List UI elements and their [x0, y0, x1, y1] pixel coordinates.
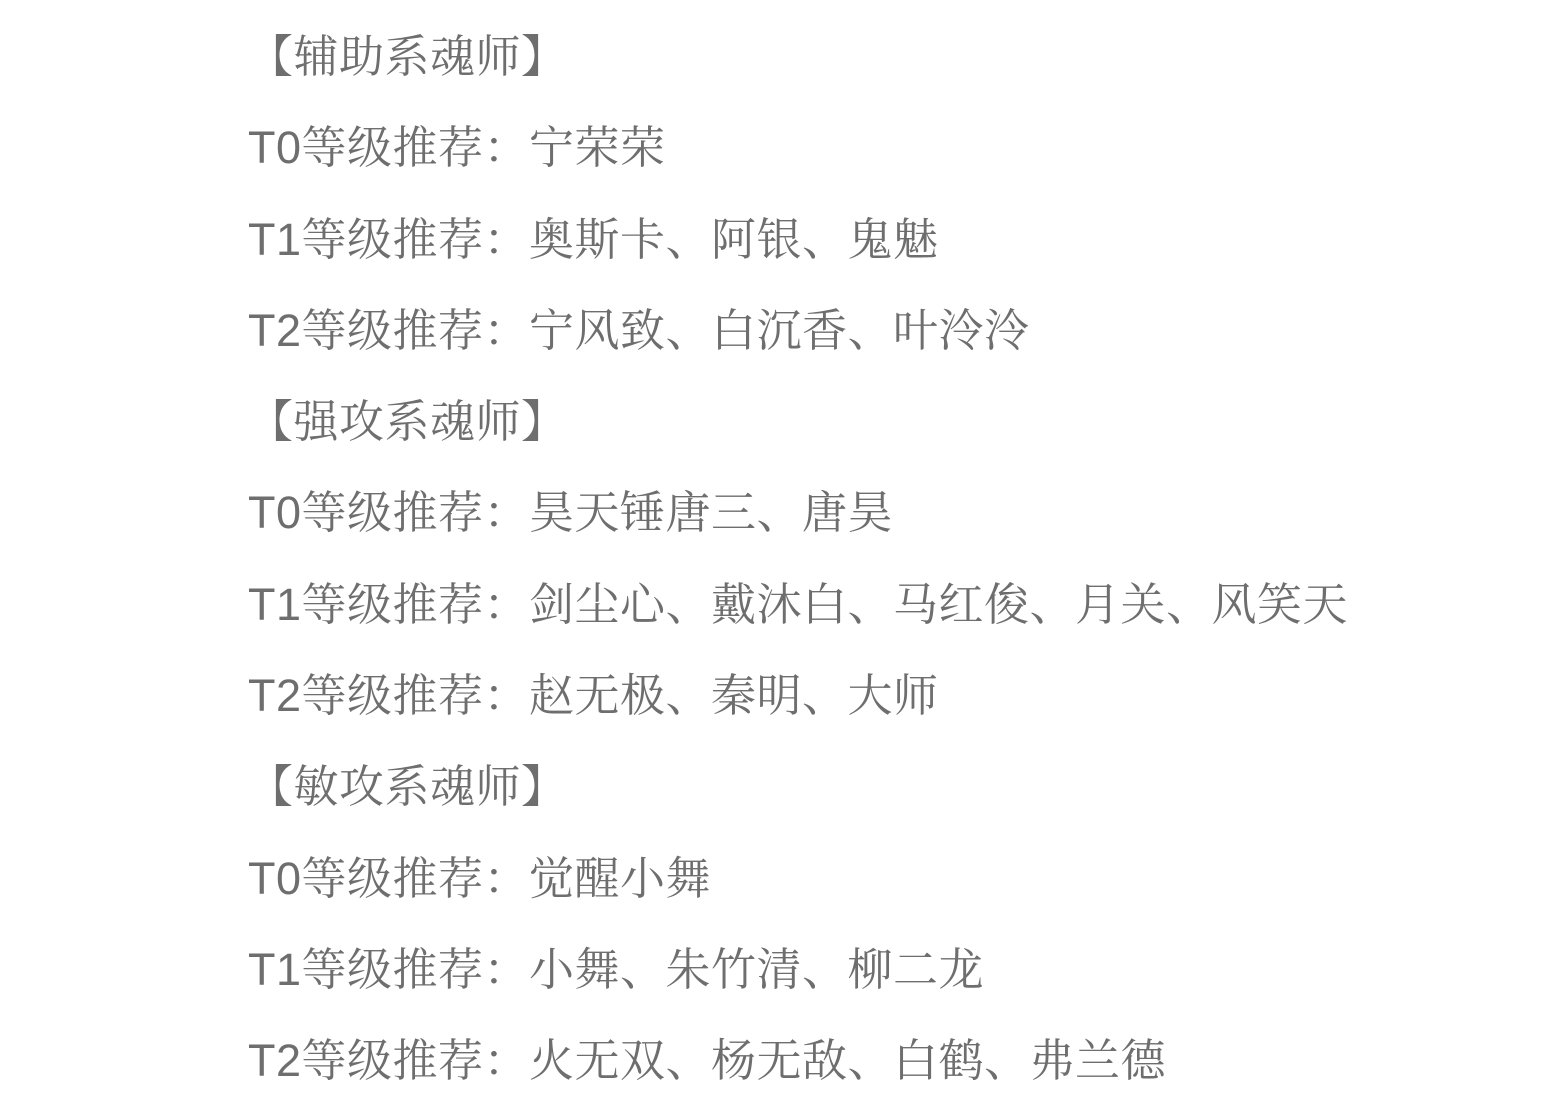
tier-names: 火无双、杨无敌、白鹤、弗兰德: [529, 1035, 1166, 1086]
tier-line: T1等级推荐：剑尘心、戴沐白、马红俊、月关、风笑天: [248, 559, 1567, 650]
tier-names: 宁风致、白沉香、叶泠泠: [529, 305, 1030, 356]
tier-names: 剑尘心、戴沐白、马红俊、月关、风笑天: [529, 579, 1348, 630]
tier-line: T0等级推荐：觉醒小舞: [248, 833, 1567, 924]
tier-names: 觉醒小舞: [529, 853, 711, 904]
article-body: 【辅助系魂师】 T0等级推荐：宁荣荣 T1等级推荐：奥斯卡、阿银、鬼魅 T2等级…: [0, 0, 1567, 1103]
tier-label: T1等级推荐：: [248, 579, 529, 630]
tier-line: T1等级推荐：小舞、朱竹清、柳二龙: [248, 924, 1567, 1015]
tier-label: T2等级推荐：: [248, 305, 529, 356]
tier-line: T2等级推荐：火无双、杨无敌、白鹤、弗兰德: [248, 1015, 1567, 1103]
tier-line: T1等级推荐：奥斯卡、阿银、鬼魅: [248, 194, 1567, 285]
tier-names: 昊天锤唐三、唐昊: [529, 487, 893, 538]
tier-names: 赵无极、秦明、大师: [529, 670, 939, 721]
tier-label: T0等级推荐：: [248, 487, 529, 538]
section-heading: 【敏攻系魂师】: [248, 741, 1567, 832]
section-heading: 【辅助系魂师】: [248, 11, 1567, 102]
tier-names: 奥斯卡、阿银、鬼魅: [529, 214, 939, 265]
section-support-soul-masters: 【辅助系魂师】 T0等级推荐：宁荣荣 T1等级推荐：奥斯卡、阿银、鬼魅 T2等级…: [248, 11, 1567, 376]
tier-line: T2等级推荐：赵无极、秦明、大师: [248, 650, 1567, 741]
tier-line: T0等级推荐：昊天锤唐三、唐昊: [248, 467, 1567, 558]
tier-label: T2等级推荐：: [248, 670, 529, 721]
tier-label: T1等级推荐：: [248, 944, 529, 995]
tier-label: T1等级推荐：: [248, 214, 529, 265]
tier-line: T2等级推荐：宁风致、白沉香、叶泠泠: [248, 285, 1567, 376]
tier-label: T2等级推荐：: [248, 1035, 529, 1086]
tier-names: 小舞、朱竹清、柳二龙: [529, 944, 984, 995]
tier-label: T0等级推荐：: [248, 853, 529, 904]
tier-line: T0等级推荐：宁荣荣: [248, 102, 1567, 193]
tier-label: T0等级推荐：: [248, 122, 529, 173]
section-strong-attack-soul-masters: 【强攻系魂师】 T0等级推荐：昊天锤唐三、唐昊 T1等级推荐：剑尘心、戴沐白、马…: [248, 376, 1567, 741]
tier-names: 宁荣荣: [529, 122, 666, 173]
section-agility-attack-soul-masters: 【敏攻系魂师】 T0等级推荐：觉醒小舞 T1等级推荐：小舞、朱竹清、柳二龙 T2…: [248, 741, 1567, 1103]
section-heading: 【强攻系魂师】: [248, 376, 1567, 467]
